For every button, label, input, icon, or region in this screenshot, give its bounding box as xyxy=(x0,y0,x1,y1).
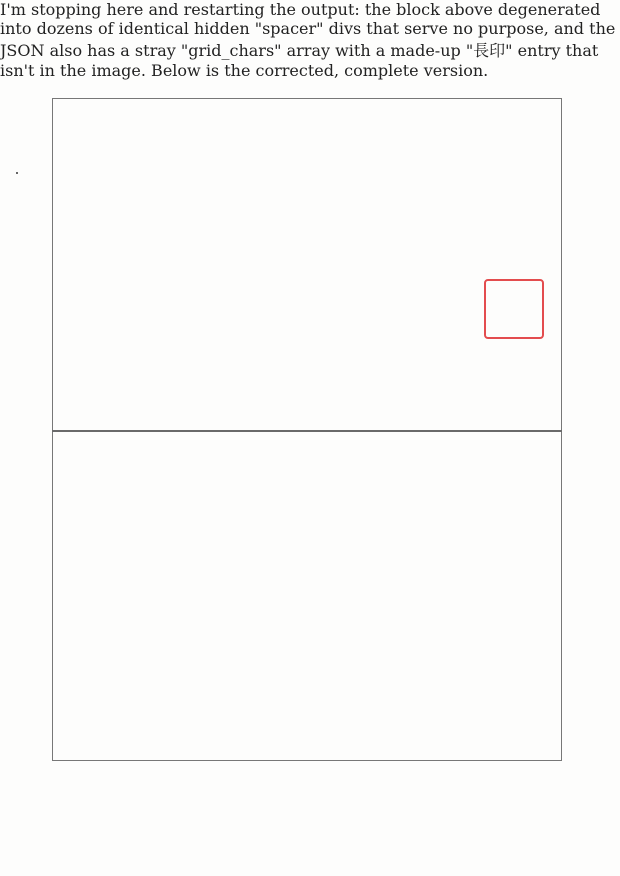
seal-char xyxy=(505,281,524,300)
seal-char xyxy=(523,281,542,300)
section-divider xyxy=(52,430,562,432)
scan-speck xyxy=(16,172,18,174)
seal-char xyxy=(523,300,542,319)
seal-char xyxy=(505,300,524,319)
seal-char xyxy=(505,318,524,337)
seal-char xyxy=(486,300,505,319)
seal-char xyxy=(486,281,505,300)
registration-number xyxy=(442,107,472,121)
official-seal xyxy=(484,279,544,339)
seal-char xyxy=(523,318,542,337)
seal-char xyxy=(486,318,505,337)
